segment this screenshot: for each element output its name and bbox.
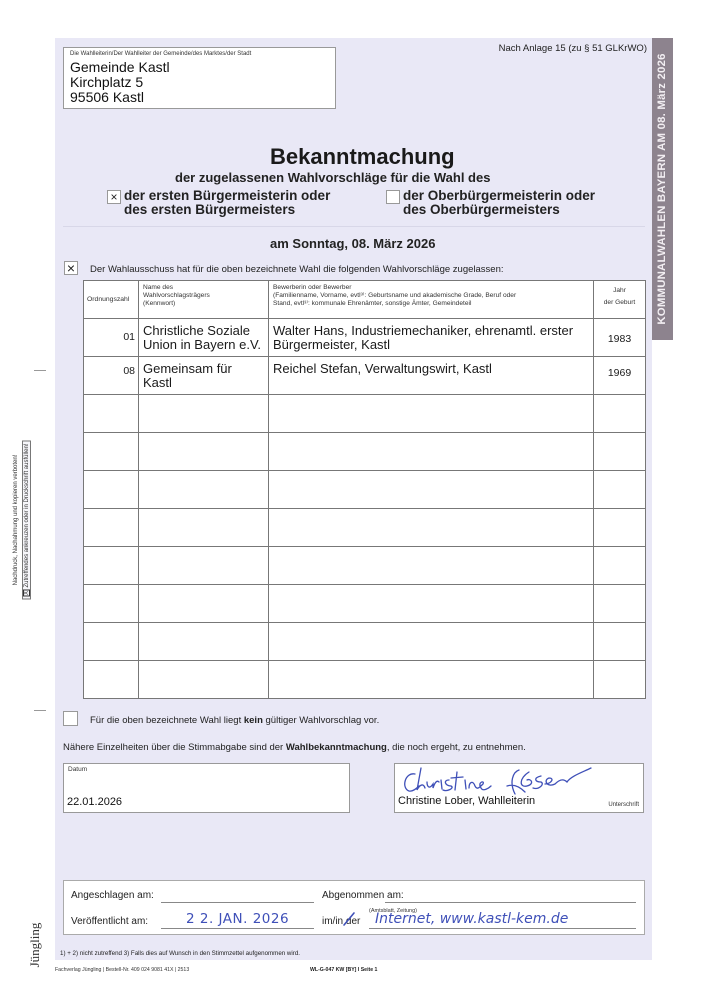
table-row-empty <box>84 623 646 661</box>
empty-cell <box>269 661 594 699</box>
removed-field[interactable] <box>385 902 636 903</box>
col-traeger-l2: Wahlvorschlagsträgers <box>143 292 264 300</box>
col-jahr-l2: der Geburt <box>598 299 641 307</box>
table-row-empty <box>84 661 646 699</box>
publisher-info: Fachverlag Jüngling | Bestell-Nr. 409 02… <box>55 967 189 973</box>
strike-through-icon <box>342 911 356 927</box>
no-valid-text-bold: kein <box>244 715 263 726</box>
empty-cell <box>84 585 139 623</box>
empty-cell <box>269 395 594 433</box>
check-icon: X <box>23 589 30 596</box>
page-subtitle: der zugelassenen Wahlvorschläge für die … <box>175 170 490 185</box>
empty-cell <box>139 509 269 547</box>
empty-cell <box>269 547 594 585</box>
admitted-checkbox[interactable]: × <box>64 261 78 275</box>
handwritten-signature-icon <box>395 764 645 798</box>
authority-name: Gemeinde Kastl <box>70 60 329 75</box>
page-title: Bekanntmachung <box>270 144 455 170</box>
no-valid-statement: Für die oben bezeichnete Wahl liegt kein… <box>90 715 379 726</box>
table-row-empty <box>84 433 646 471</box>
table-row-empty <box>84 395 646 433</box>
empty-cell <box>139 395 269 433</box>
col-bewerber-l2: (Familienname, Vorname, evtl³⁾: Geburtsn… <box>273 292 589 300</box>
empty-cell <box>594 661 646 699</box>
cell-bewerber: Reichel Stefan, Verwaltungswirt, Kastl <box>269 357 594 395</box>
option2-line2: des Oberbürgermeisters <box>403 203 595 217</box>
empty-cell <box>84 471 139 509</box>
col-traeger-l3: (Kennwort) <box>143 300 264 308</box>
authority-address-box: Die Wahlleiterin/Der Wahlleiter der Geme… <box>63 47 336 109</box>
cell-jahr: 1969 <box>594 357 646 395</box>
table-row-empty <box>84 585 646 623</box>
copy-notice: Nachdruck, Nachahmung und kopieren verbo… <box>13 441 19 600</box>
option-oberbuergermeister-label: der Oberbürgermeisterin oder des Oberbür… <box>403 189 595 217</box>
empty-cell <box>269 585 594 623</box>
authority-street: Kirchplatz 5 <box>70 75 329 90</box>
col-traeger: Name des Wahlvorschlagsträgers (Kennwort… <box>139 281 269 319</box>
side-band-text: KOMMUNALWAHLEN BAYERN AM 08. März 2026 <box>656 53 668 324</box>
signer-name: Christine Lober, Wahlleiterin <box>398 795 535 807</box>
option-buergermeister-label: der ersten Bürgermeisterin oder des erst… <box>124 189 330 217</box>
empty-cell <box>594 585 646 623</box>
empty-cell <box>594 395 646 433</box>
posted-label: Angeschlagen am: <box>71 890 154 901</box>
empty-cell <box>269 509 594 547</box>
empty-cell <box>139 433 269 471</box>
form-id: WL-G-047 KW [BY] I Seite 1 <box>310 967 377 973</box>
in-value: Internet, www.kastl-kem.de <box>375 911 568 927</box>
details-text-after: , die noch ergeht, zu entnehmen. <box>387 742 526 753</box>
empty-cell <box>139 585 269 623</box>
signature-label: Unterschrift <box>608 802 639 808</box>
cell-nr: 08 <box>84 357 139 395</box>
details-text-bold: Wahlbekanntmachung <box>286 742 387 753</box>
option1-line2: des ersten Bürgermeisters <box>124 203 330 217</box>
date-value: 22.01.2026 <box>67 796 122 808</box>
no-valid-text-after: gültiger Wahlvorschlag vor. <box>263 715 379 726</box>
date-box: Datum 22.01.2026 <box>63 763 350 813</box>
details-statement: Nähere Einzelheiten über die Stimmabgabe… <box>63 742 526 753</box>
empty-cell <box>84 395 139 433</box>
table-header-row: Ordnungszahl Name des Wahlvorschlagsträg… <box>84 281 646 319</box>
cell-nr: 01 <box>84 319 139 357</box>
published-field[interactable] <box>161 928 314 929</box>
removed-label: Abgenommen am: <box>322 890 404 901</box>
option-buergermeister-checkbox[interactable]: × <box>107 190 121 204</box>
col-traeger-l1: Name des <box>143 284 264 292</box>
empty-cell <box>139 661 269 699</box>
col-jahr-l1: Jahr <box>598 287 641 295</box>
cell-jahr: 1983 <box>594 319 646 357</box>
election-date: am Sonntag, 08. März 2026 <box>270 236 435 251</box>
empty-cell <box>84 547 139 585</box>
empty-cell <box>139 623 269 661</box>
col-bewerber: Bewerberin oder Bewerber (Familienname, … <box>269 281 594 319</box>
table-row-empty <box>84 509 646 547</box>
option-oberbuergermeister-checkbox[interactable] <box>386 190 400 204</box>
empty-cell <box>84 509 139 547</box>
in-field[interactable] <box>369 928 636 929</box>
cell-bewerber: Walter Hans, Industriemechaniker, ehrena… <box>269 319 594 357</box>
cell-traeger: Gemeinsam für Kastl <box>139 357 269 395</box>
empty-cell <box>84 661 139 699</box>
fold-mark <box>34 370 46 371</box>
published-label: Veröffentlicht am: <box>71 916 148 927</box>
option1-line1: der ersten Bürgermeisterin oder <box>124 189 330 203</box>
table-row: 08 Gemeinsam für Kastl Reichel Stefan, V… <box>84 357 646 395</box>
details-text-before: Nähere Einzelheiten über die Stimmabgabe… <box>63 742 286 753</box>
option2-line1: der Oberbürgermeisterin oder <box>403 189 595 203</box>
margin-note: Nachdruck, Nachahmung und kopieren verbo… <box>13 441 31 600</box>
empty-cell <box>139 547 269 585</box>
fill-instruction: X Zutreffendes ankreuzen oder in Drucksc… <box>22 441 31 600</box>
cell-traeger: Christliche Soziale Union in Bayern e.V. <box>139 319 269 357</box>
col-jahr: Jahr der Geburt <box>594 281 646 319</box>
empty-cell <box>269 471 594 509</box>
authority-city: 95506 Kastl <box>70 90 329 105</box>
fold-mark <box>34 710 46 711</box>
date-label: Datum <box>68 766 87 773</box>
empty-cell <box>594 623 646 661</box>
authority-label: Die Wahlleiterin/Der Wahlleiter der Geme… <box>70 51 329 57</box>
admitted-statement: Der Wahlausschuss hat für die oben bezei… <box>90 264 504 275</box>
empty-cell <box>84 623 139 661</box>
empty-cell <box>594 471 646 509</box>
posting-box: Angeschlagen am: Abgenommen am: Veröffen… <box>63 880 645 935</box>
col-bewerber-l1: Bewerberin oder Bewerber <box>273 284 589 292</box>
empty-cell <box>139 471 269 509</box>
empty-cell <box>594 433 646 471</box>
col-bewerber-l3: Stand, evtl³⁾: kommunale Ehrenämter, son… <box>273 300 589 308</box>
col-ordnungszahl: Ordnungszahl <box>84 281 139 319</box>
table-row: 01 Christliche Soziale Union in Bayern e… <box>84 319 646 357</box>
divider <box>63 226 645 227</box>
empty-cell <box>594 547 646 585</box>
publisher-logo: Jüngling <box>27 923 43 968</box>
empty-cell <box>269 623 594 661</box>
empty-cell <box>84 433 139 471</box>
no-valid-text-before: Für die oben bezeichnete Wahl liegt <box>90 715 244 726</box>
empty-cell <box>269 433 594 471</box>
published-stamp: 2 2. JAN. 2026 <box>186 911 289 927</box>
empty-cell <box>594 509 646 547</box>
footnote: 1) + 2) nicht zutreffend 3) Falls dies a… <box>60 950 300 957</box>
fill-instruction-text: Zutreffendes ankreuzen oder in Druckschr… <box>24 444 30 588</box>
candidates-table: Ordnungszahl Name des Wahlvorschlagsträg… <box>83 280 646 699</box>
table-row-empty <box>84 547 646 585</box>
posted-field[interactable] <box>161 902 314 903</box>
table-row-empty <box>84 471 646 509</box>
no-valid-checkbox[interactable] <box>63 711 78 726</box>
signature-box: Christine Lober, Wahlleiterin Unterschri… <box>394 763 644 813</box>
legal-reference: Nach Anlage 15 (zu § 51 GLKrWO) <box>499 43 647 54</box>
